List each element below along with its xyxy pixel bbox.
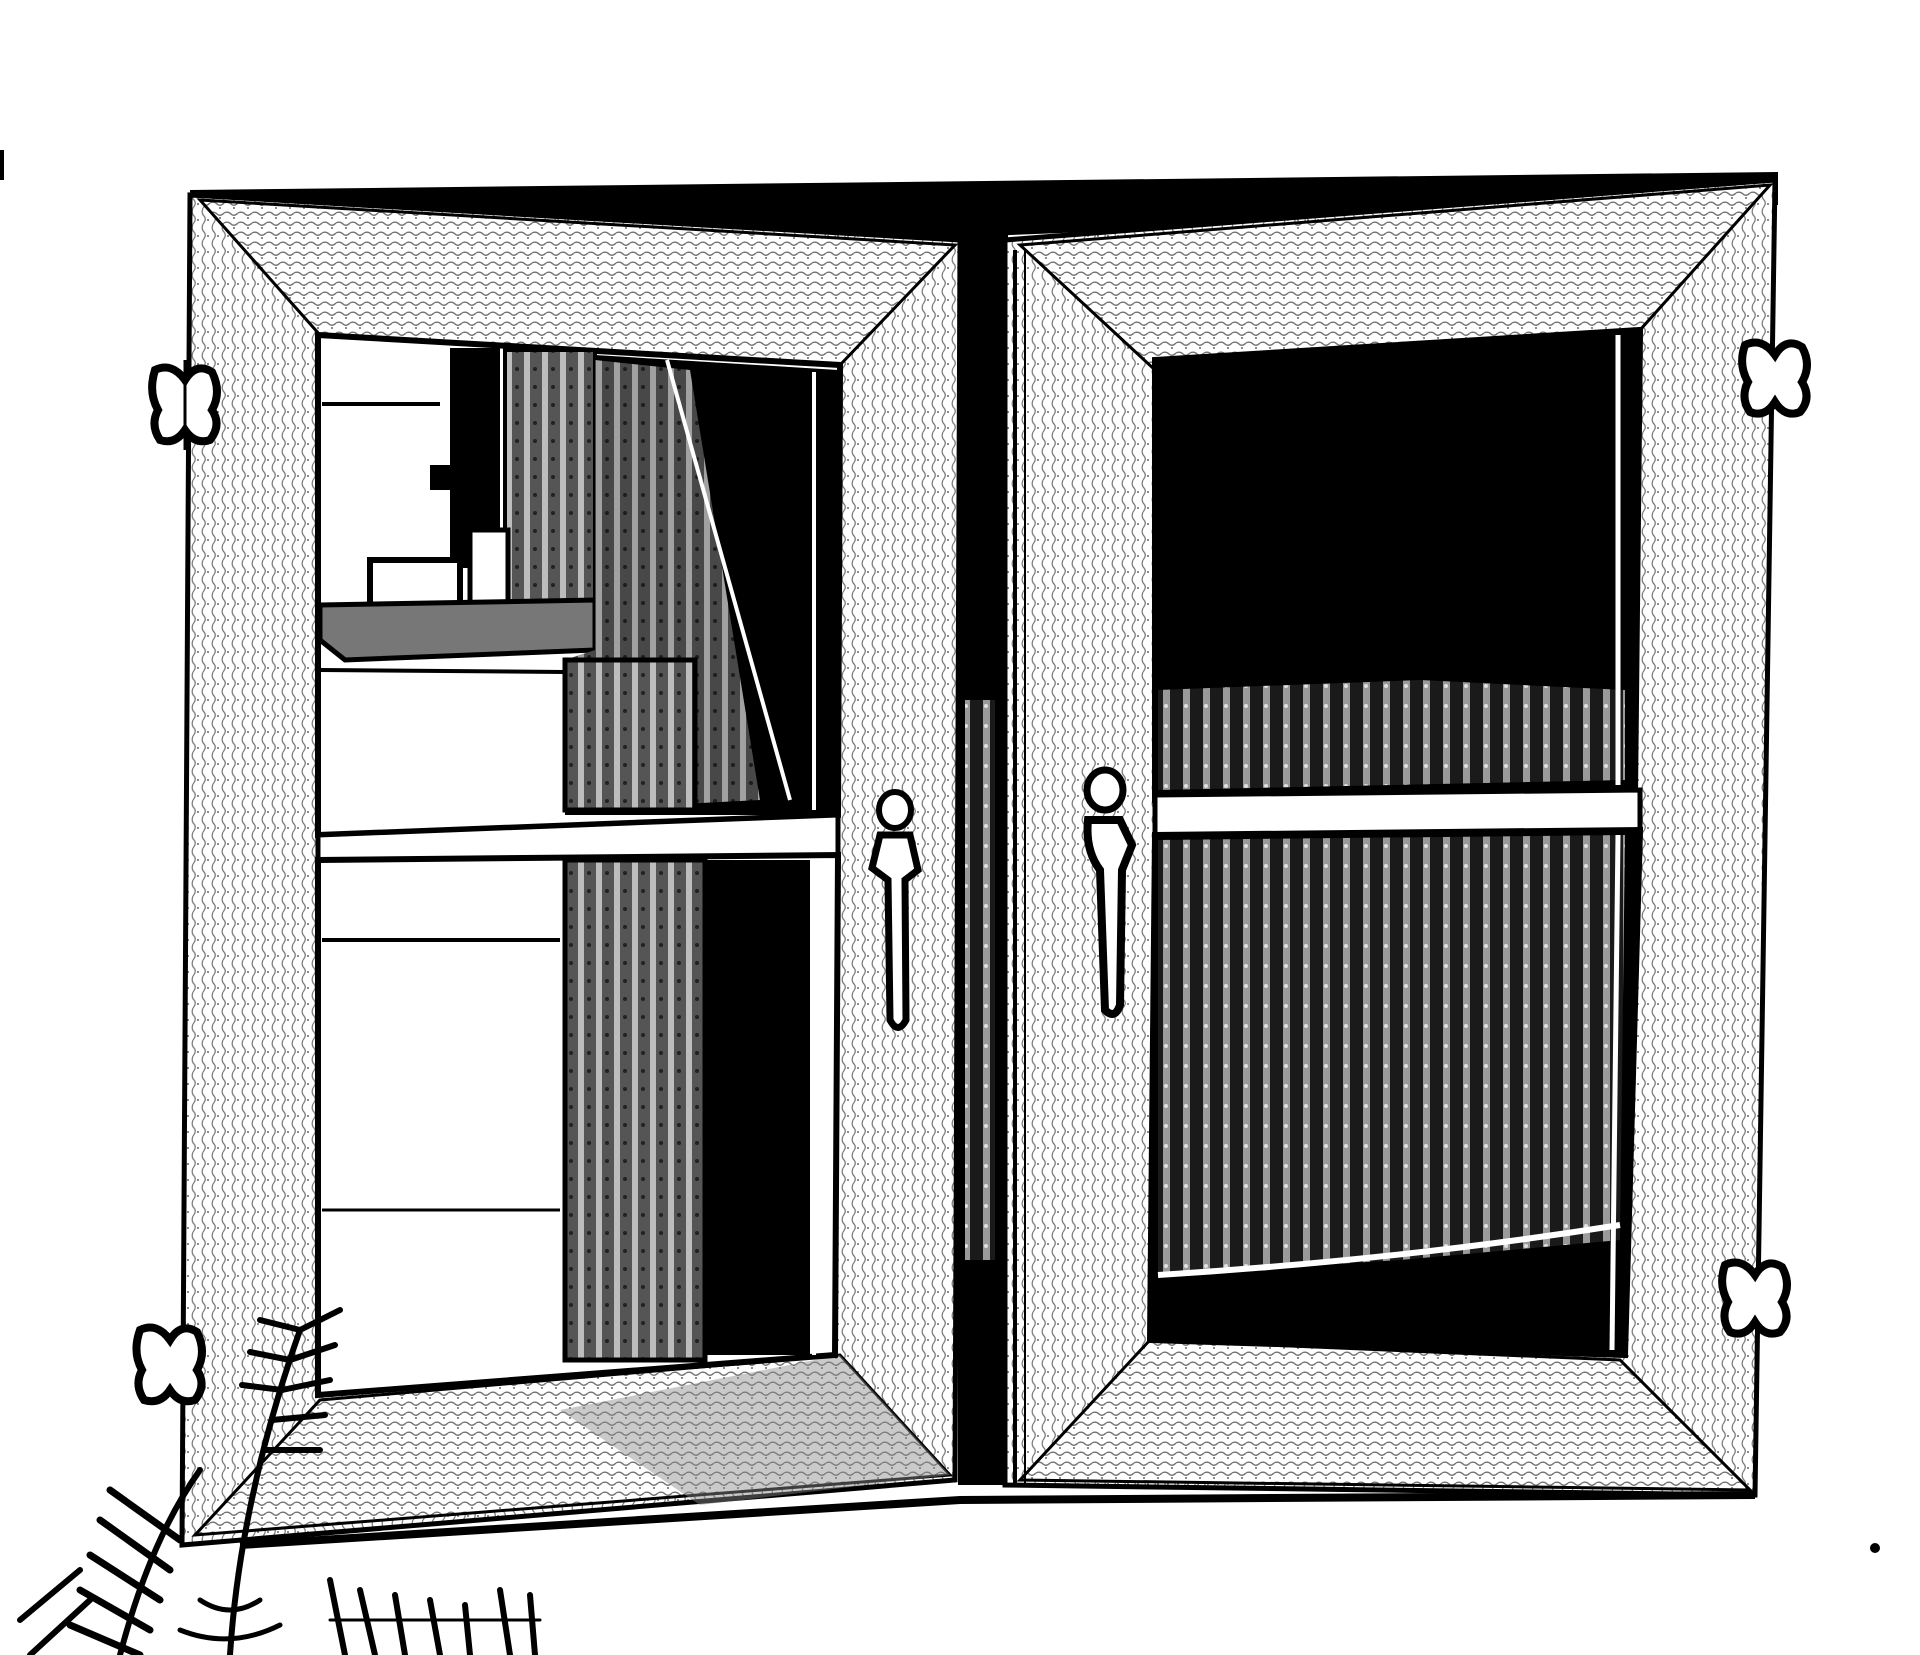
center-gap <box>958 225 1008 1485</box>
hinge-icon <box>1742 343 1807 414</box>
hinge-icon <box>1722 1263 1787 1334</box>
hinge-icon <box>136 1328 202 1402</box>
speck <box>0 150 4 180</box>
left-upper-pane <box>318 335 840 835</box>
hinge-icon <box>152 360 217 450</box>
speck <box>1870 1543 1880 1553</box>
window-illustration <box>0 0 1920 1655</box>
left-sash <box>136 195 960 1545</box>
left-lower-pane <box>318 855 838 1395</box>
right-sash <box>1005 180 1807 1495</box>
right-lower-pane <box>1150 830 1640 1355</box>
right-upper-pane <box>1155 330 1640 800</box>
